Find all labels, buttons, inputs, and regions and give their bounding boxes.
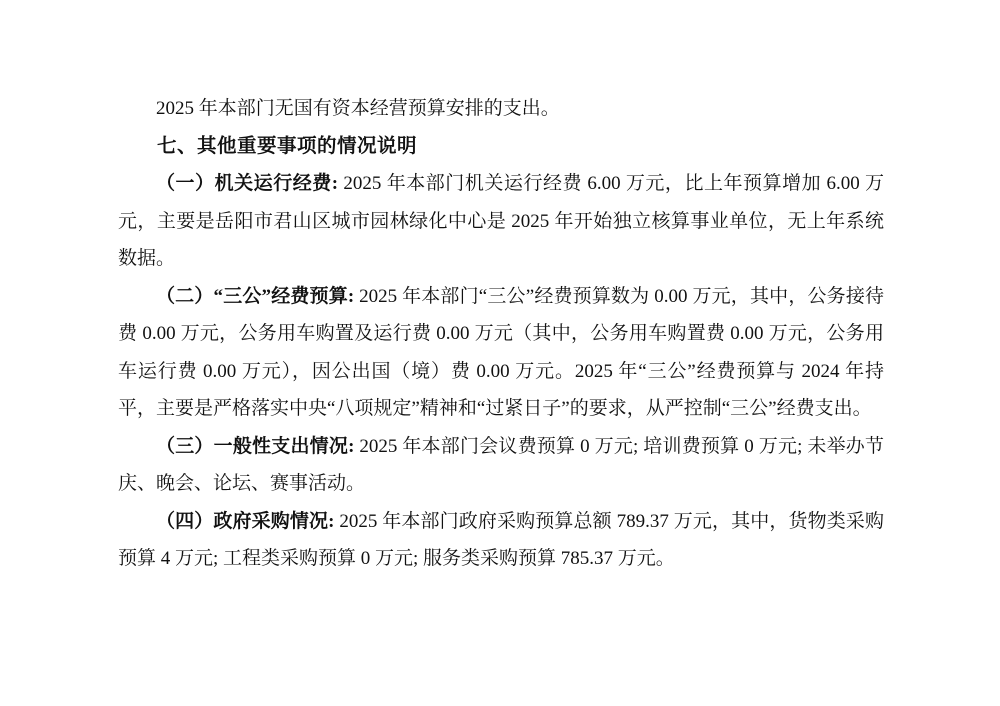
heading-text: 七、其他重要事项的情况说明: [157, 135, 417, 157]
document-page: 2025 年本部门无国有资本经营预算安排的支出。 七、其他重要事项的情况说明 （…: [0, 0, 1000, 706]
paragraph-government-procurement: （四）政府采购情况: 2025 年本部门政府采购预算总额 789.37 万元，其…: [118, 503, 884, 578]
paragraph-lead: （一）机关运行经费:: [156, 173, 338, 194]
paragraph-lead: （四）政府采购情况:: [156, 511, 334, 532]
paragraph-lead: （二）“三公”经费预算:: [156, 286, 354, 307]
paragraph-text: 2025 年本部门无国有资本经营预算安排的支出。: [156, 98, 560, 119]
paragraph-three-public-expense-budget: （二）“三公”经费预算: 2025 年本部门“三公”经费预算数为 0.00 万元…: [118, 278, 884, 428]
paragraph-general-expenditure: （三）一般性支出情况: 2025 年本部门会议费预算 0 万元; 培训费预算 0…: [118, 428, 884, 503]
document-content: 2025 年本部门无国有资本经营预算安排的支出。 七、其他重要事项的情况说明 （…: [118, 90, 884, 578]
paragraph-lead: （三）一般性支出情况:: [156, 436, 354, 457]
paragraph-agency-operating-funds: （一）机关运行经费: 2025 年本部门机关运行经费 6.00 万元，比上年预算…: [118, 165, 884, 278]
section-heading-other-important-items: 七、其他重要事项的情况说明: [118, 128, 884, 166]
paragraph-no-state-capital-budget: 2025 年本部门无国有资本经营预算安排的支出。: [118, 90, 884, 128]
